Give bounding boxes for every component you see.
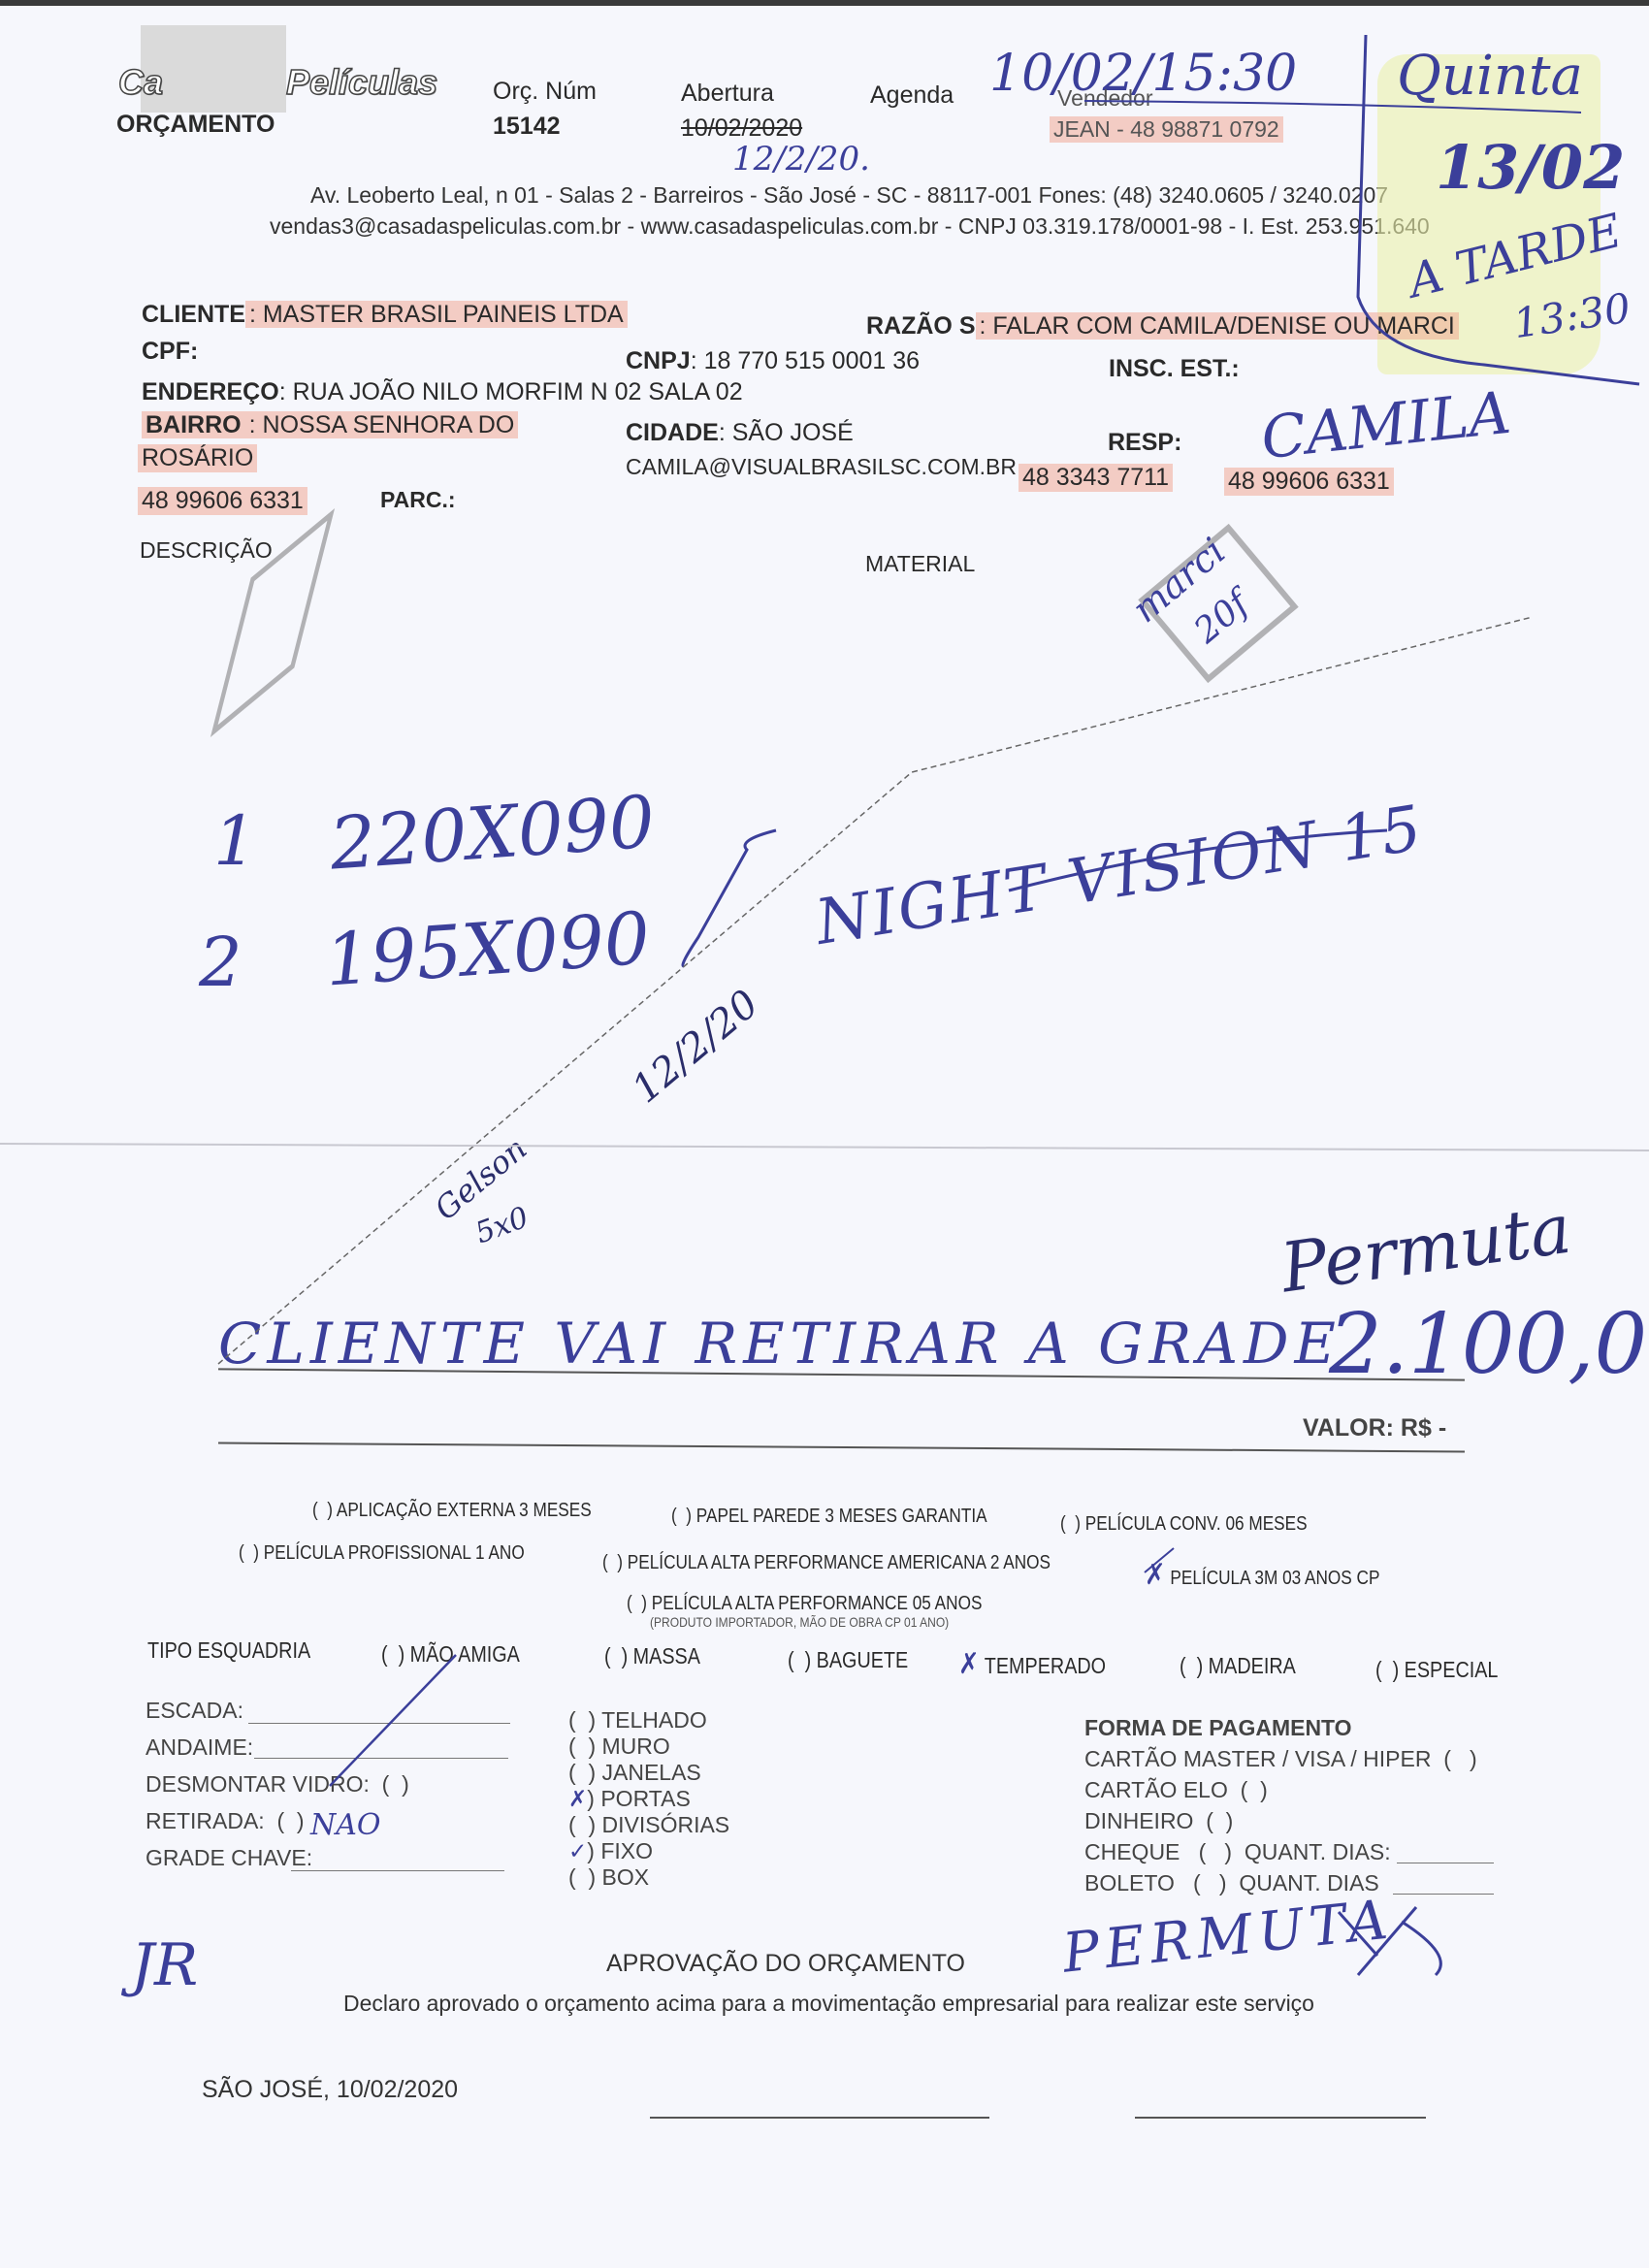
paper-fold xyxy=(0,1144,1649,1150)
diagonal-crossout-line xyxy=(218,617,1533,1364)
bracket-stroke-icon xyxy=(1358,35,1639,384)
pen-strokes xyxy=(0,6,1649,2268)
quote-form-paper: Ca Películas ORÇAMENTO Orç. Núm 15142 Ab… xyxy=(0,6,1649,2268)
